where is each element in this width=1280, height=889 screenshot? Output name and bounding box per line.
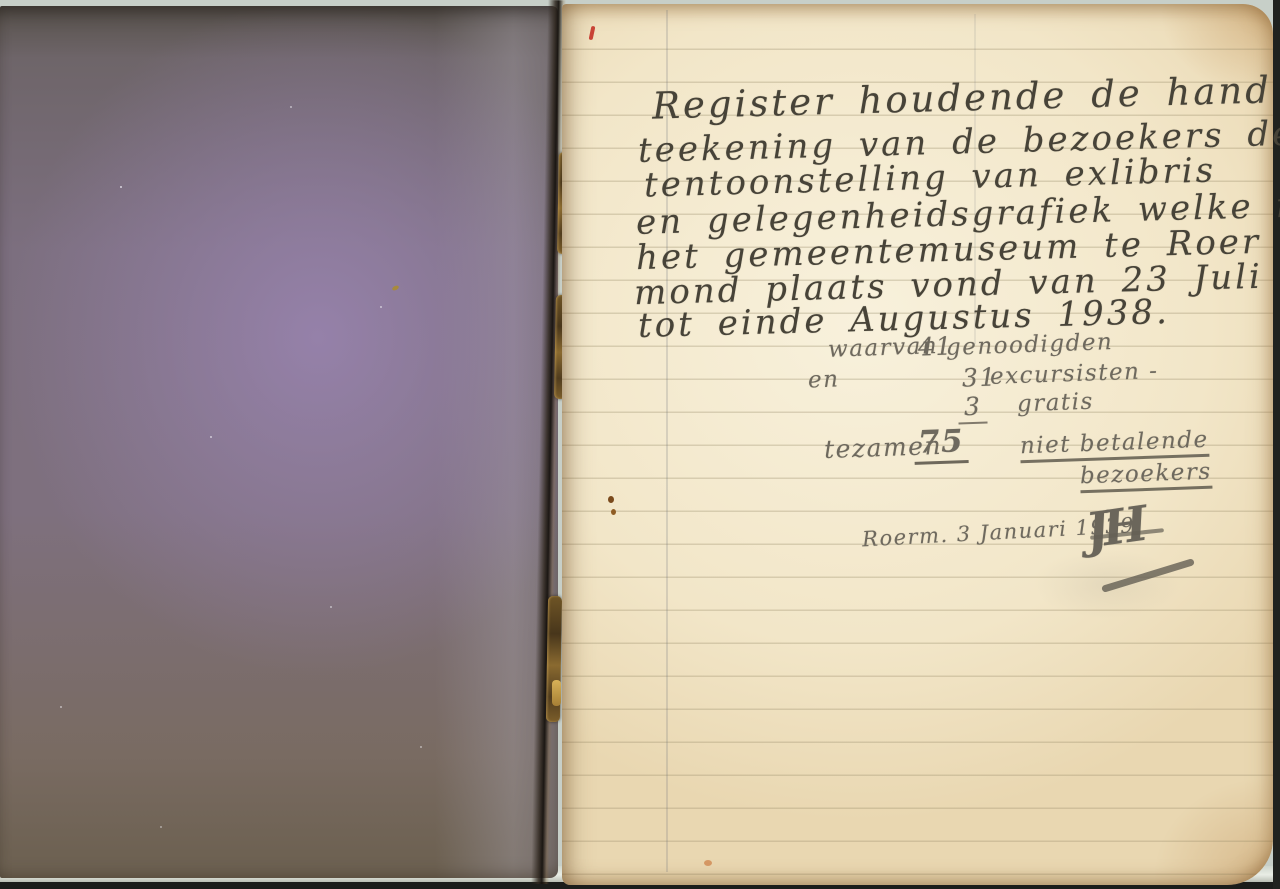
red-fiber-mark (589, 26, 596, 41)
pencil-word: gratis (1017, 389, 1095, 418)
notebook-scan: Register houdende de hand . teekening va… (0, 0, 1280, 889)
dust-specks (120, 186, 122, 188)
staple-brass-glint (552, 680, 561, 706)
pencil-word: bezoekers (1080, 459, 1213, 494)
pencil-word: en (808, 366, 840, 393)
signature-initials: JH (1082, 496, 1145, 559)
rust-spot (704, 860, 712, 866)
pencil-word: genoodigden (946, 329, 1114, 361)
pencil-count: 3 (957, 391, 988, 424)
pencil-total: 75 (913, 423, 969, 465)
inside-cover-left (0, 6, 558, 878)
rust-spot (611, 509, 616, 515)
paper-fiber-speck (391, 285, 399, 292)
rust-spot (608, 496, 614, 503)
register-page-right: Register houdende de hand . teekening va… (562, 4, 1273, 885)
pencil-word: excursisten - (990, 358, 1159, 390)
pencil-word: niet betalende (1020, 427, 1210, 464)
